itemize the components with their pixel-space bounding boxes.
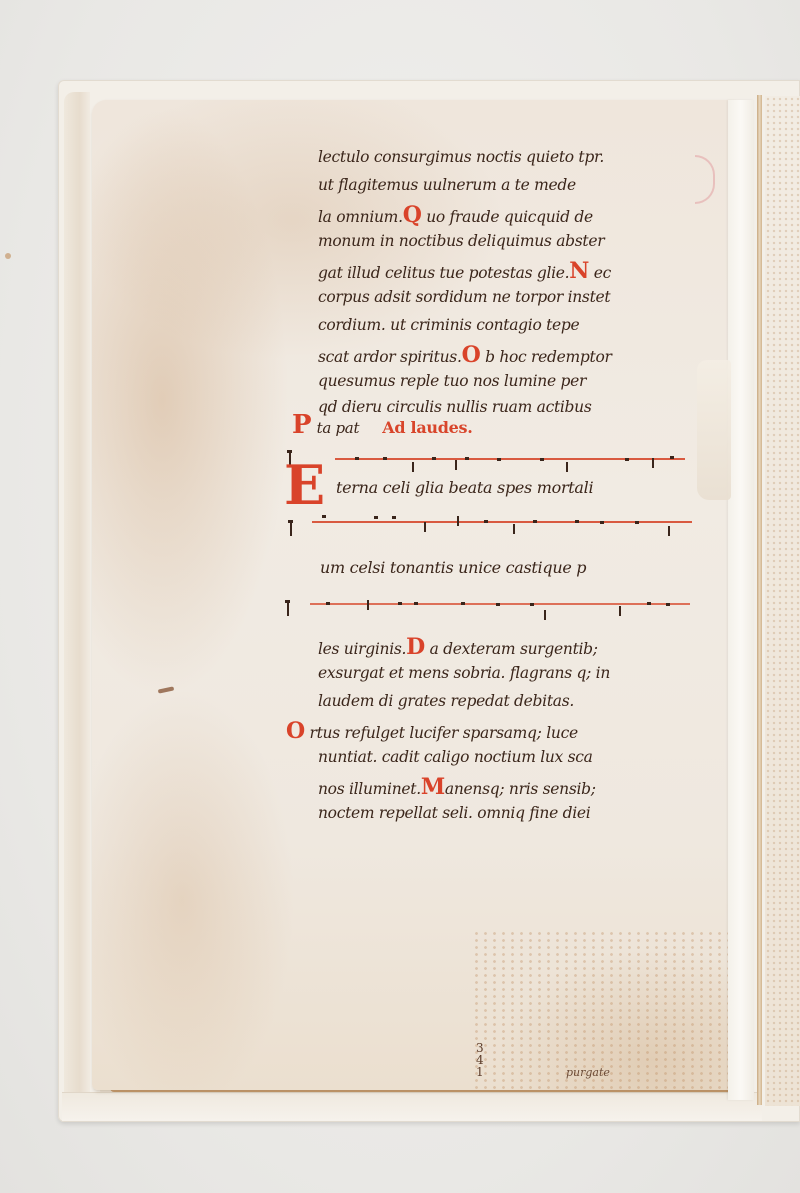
decorated-initial-e: E [284, 458, 325, 512]
text-fragment: uo fraude quicquid de [422, 208, 593, 226]
text-line: scat ardor spiritus.O b hoc redemptor [318, 344, 612, 366]
guard-strip [728, 100, 754, 1100]
rubric-initial-n: N [569, 258, 589, 284]
text-line: laudem di grates repedat debitas. [318, 692, 574, 710]
hymn-line-2: um celsi tonantis unice castique p [320, 558, 586, 577]
staff-line [335, 458, 685, 460]
rubric-ink-text: ta pat [317, 419, 360, 437]
text-line: O rtus refulget lucifer sparsamq; luce [286, 720, 578, 742]
stain-mark [5, 253, 11, 259]
text-line: gat illud celitus tue potestas glie.N ec [318, 260, 611, 282]
text-line: quesumus reple tuo nos lumine per [318, 372, 586, 390]
text-line: ut flagitemus uulnerum a te mede [318, 176, 576, 194]
text-line: la omnium.Q uo fraude quicquid de [318, 204, 593, 226]
foliation-number: 3 4 1 [476, 1042, 484, 1078]
hymn-line-1: terna celi glia beata spes mortali [336, 478, 593, 497]
text-line: corpus adsit sordidum ne torpor instet [318, 288, 610, 306]
rubric-initial-o: O [462, 342, 481, 368]
text-line: les uirginis.D a dexteram surgentib; [318, 636, 598, 658]
catchword: purgate [566, 1066, 610, 1079]
repair-patch [697, 360, 731, 500]
rubric-initial-o2: O [286, 718, 305, 744]
rubric-initial-p: P [292, 410, 312, 440]
text-line: exsurgat et mens sobria. flagrans q; in [318, 664, 610, 682]
text-fragment: la omnium. [318, 208, 403, 226]
rubric-initial-q: Q [403, 202, 422, 228]
text-line: noctem repellat seli. omniq fine diei [318, 804, 590, 822]
rubric-line: P ta pat Ad laudes. [292, 412, 472, 438]
gutter [757, 95, 762, 1105]
text-line: lectulo consurgimus noctis quieto tpr. [318, 148, 604, 166]
rubric-initial-d: D [406, 634, 425, 660]
rubric-initial-m: M [421, 774, 445, 800]
text-line: monum in noctibus deliquimus abster [318, 232, 604, 250]
rubric-heading: Ad laudes. [382, 418, 472, 437]
mount-fold-bottom [62, 1092, 762, 1121]
text-line: cordium. ut criminis contagio tepe [318, 316, 579, 334]
text-line: nuntiat. cadit caligo noctium lux sca [318, 748, 593, 766]
adjacent-leaf [765, 96, 800, 1106]
text-line: nos illuminet.Manensq; nris sensib; [318, 776, 596, 798]
mount-fold-left [64, 92, 90, 1112]
